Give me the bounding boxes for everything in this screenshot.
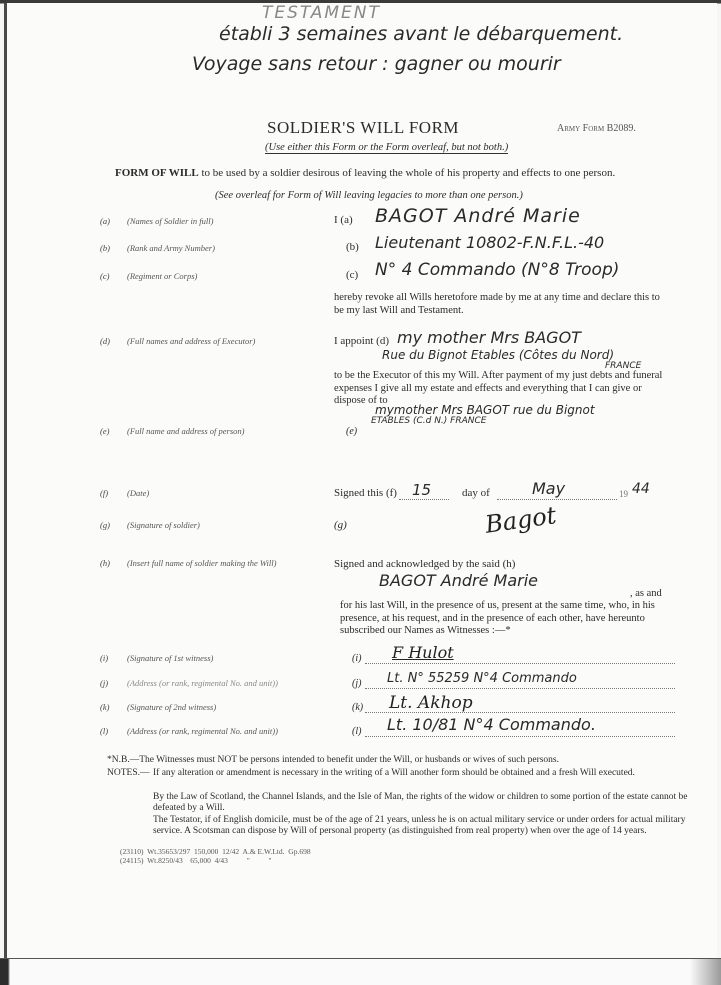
label-k: (Signature of 2nd witness)	[127, 702, 216, 712]
witness1-address-line	[365, 688, 675, 689]
letter-h: (h)	[100, 558, 110, 568]
soldier-name-field[interactable]: BAGOT André Marie	[375, 205, 581, 227]
note-1: If any alteration or amendment is necess…	[153, 768, 708, 779]
prefix-b: (b)	[346, 241, 359, 253]
label-h: (Insert full name of soldier making the …	[127, 558, 276, 568]
nb-note: *N.B.—The Witnesses must NOT be persons …	[107, 755, 707, 765]
prefix-g: (g)	[334, 519, 347, 531]
note-2: By the Law of Scotland, the Channel Isla…	[153, 792, 708, 813]
annotation-line-1: établi 3 semaines avant le débarquement.	[219, 23, 623, 45]
witness1-address[interactable]: Lt. N° 55259 N°4 Commando	[387, 671, 577, 686]
regiment-field[interactable]: N° 4 Commando (N°8 Troop)	[375, 260, 619, 280]
label-c: (Regiment or Corps)	[127, 271, 197, 281]
executor-text: to be the Executor of this my Will. Afte…	[334, 370, 669, 408]
prefix-k: (k)	[352, 702, 363, 713]
label-a: (Names of Soldier in full)	[127, 216, 213, 226]
witness2-address-line	[365, 736, 675, 737]
label-j: (Address (or rank, regimental No. and un…	[127, 678, 278, 688]
full-name-field[interactable]: BAGOT André Marie	[379, 571, 538, 590]
intro-rest: to be used by a soldier desirous of leav…	[199, 167, 615, 179]
form-title: SOLDIER'S WILL FORM	[267, 118, 459, 138]
prefix-h: Signed and acknowledged by the said (h)	[334, 558, 515, 570]
printer-imprint: (23110) Wt.35653/297 150,000 12/42 A.& E…	[120, 847, 311, 865]
see-overleaf-note: (See overleaf for Form of Will leaving l…	[215, 190, 523, 201]
revoke-text: hereby revoke all Wills heretofore made …	[334, 292, 669, 317]
form-subtitle: (Use either this Form or the Form overle…	[265, 142, 508, 154]
letter-l: (l)	[100, 726, 108, 736]
imprint-row-2: (24115) Wt.8250/43 65,000 4/43 " "	[120, 856, 311, 865]
soldier-signature[interactable]: Bagot	[483, 501, 558, 539]
prefix-l: (l)	[352, 726, 361, 737]
label-g: (Signature of soldier)	[127, 520, 200, 530]
month-dotted-line	[497, 499, 617, 500]
prefix-j: (j)	[352, 678, 361, 689]
letter-k: (k)	[100, 702, 109, 712]
intro-bold: FORM OF WILL	[115, 167, 199, 179]
prefix-e: (e)	[346, 426, 357, 437]
annotation-line-2: Voyage sans retour : gagner ou mourir	[192, 53, 561, 75]
witness2-signature[interactable]: Lt. Akhop	[389, 693, 473, 713]
letter-d: (d)	[100, 336, 110, 346]
letter-j: (j)	[100, 678, 108, 688]
month-field[interactable]: May	[532, 479, 565, 498]
beneficiary-address-field[interactable]: ETABLES (C.d N.) FRANCE	[371, 416, 486, 426]
day-of-text: day of	[462, 487, 490, 499]
letter-a: (a)	[100, 216, 110, 226]
form-number: Army Form B2089.	[557, 123, 636, 134]
year-prefix: 19	[619, 489, 628, 499]
letter-i: (i)	[100, 653, 108, 663]
executor-address-field[interactable]: Rue du Bignot Etables (Côtes du Nord)	[382, 348, 614, 362]
scanned-page: TESTAMENT établi 3 semaines avant le déb…	[0, 0, 721, 985]
day-dotted-line	[399, 499, 449, 500]
letter-f: (f)	[100, 488, 108, 498]
label-f: (Date)	[127, 488, 149, 498]
rank-number-field[interactable]: Lieutenant 10802-F.N.F.L.-40	[375, 233, 604, 252]
annotation-heading: TESTAMENT	[262, 3, 381, 23]
note-3: The Testator, if of English domicile, mu…	[153, 815, 708, 836]
letter-b: (b)	[100, 243, 110, 253]
label-e: (Full name and address of person)	[127, 426, 245, 436]
signed-prefix: Signed this (f)	[334, 487, 397, 499]
beneficiary-name-field[interactable]: mymother Mrs BAGOT rue du Bignot	[375, 403, 595, 417]
prefix-c: (c)	[346, 269, 358, 281]
label-l: (Address (or rank, regimental No. and un…	[127, 726, 278, 736]
witness1-sig-line	[365, 663, 675, 664]
executor-name-field[interactable]: my mother Mrs BAGOT	[397, 328, 581, 347]
form-intro: FORM OF WILL to be used by a soldier des…	[115, 167, 675, 180]
witness2-address[interactable]: Lt. 10/81 N°4 Commando.	[387, 715, 596, 734]
year-field[interactable]: 44	[632, 481, 650, 497]
prefix-i: (i)	[352, 653, 361, 664]
scanner-background-edge	[0, 958, 721, 985]
prefix-a: I (a)	[334, 214, 353, 226]
prefix-d: I appoint (d)	[334, 335, 389, 347]
witness-text: for his last Will, in the presence of us…	[340, 600, 680, 638]
letter-c: (c)	[100, 271, 109, 281]
day-field[interactable]: 15	[412, 481, 431, 499]
imprint-row-1: (23110) Wt.35653/297 150,000 12/42 A.& E…	[120, 847, 311, 856]
as-and-text: , as and	[630, 588, 662, 599]
witness1-signature[interactable]: F Hulot	[392, 643, 454, 662]
label-b: (Rank and Army Number)	[127, 243, 215, 253]
notes-label: NOTES.—	[107, 768, 150, 778]
letter-e: (e)	[100, 426, 109, 436]
label-d: (Full names and address of Executor)	[127, 336, 255, 346]
label-i: (Signature of 1st witness)	[127, 653, 213, 663]
will-form-paper: TESTAMENT établi 3 semaines avant le déb…	[4, 3, 717, 958]
letter-g: (g)	[100, 520, 110, 530]
